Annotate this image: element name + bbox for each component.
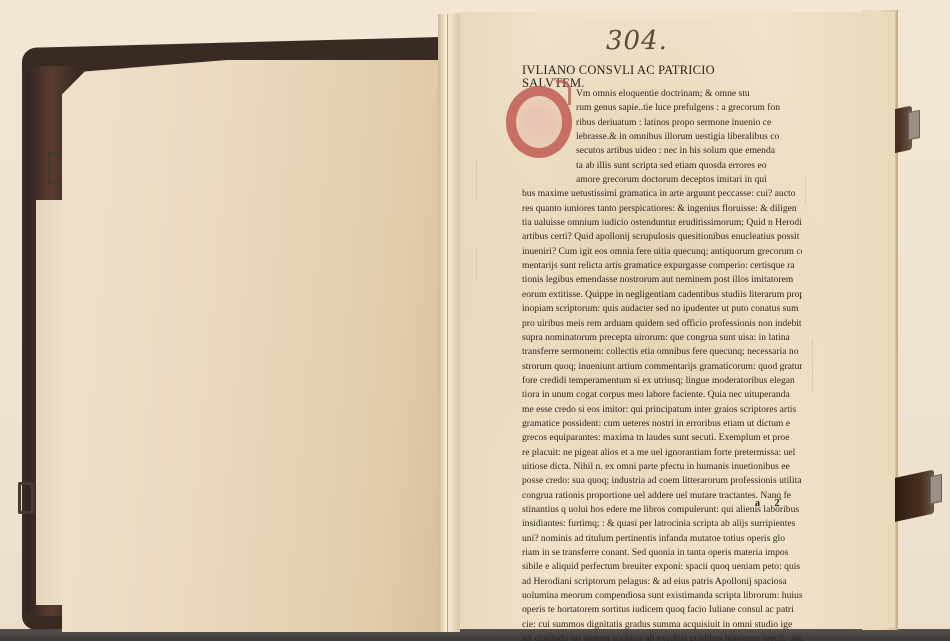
text-line: tiora in unum cogat corpus meo labore fa… bbox=[522, 388, 802, 402]
text-line: secutos artibus uideo : nec in his solum… bbox=[522, 144, 802, 158]
marginal-annotation-right bbox=[805, 175, 840, 205]
text-line: riam in se transferre conant. Sed quonia… bbox=[522, 546, 802, 560]
text-line: gramatice possident: cum ueteres nostri … bbox=[522, 417, 802, 431]
body-text-block: Vm omnis eloquentie doctrinam; & omne st… bbox=[522, 87, 802, 641]
right-clasp-bottom bbox=[892, 470, 934, 523]
text-line: lebrasse.& in omnibus illorum uestigia l… bbox=[522, 130, 802, 144]
text-line: ta ab illis sunt scripta sed etiam quosd… bbox=[522, 159, 802, 173]
left-clasp-catch-bottom bbox=[18, 482, 34, 514]
text-line: uitiose dicta. Nihil n. ex omni parte pf… bbox=[522, 460, 802, 474]
folio-number: 304. bbox=[606, 26, 668, 56]
marginal-annotation-right bbox=[812, 340, 847, 390]
text-line: pro uiribus meis rem arduam quidem sed o… bbox=[522, 317, 802, 331]
text-line: nij claritudo no tantum accipies ab exce… bbox=[522, 632, 802, 641]
text-line: posse credo: sua quoq; industria ad coem… bbox=[522, 474, 802, 488]
marginal-annotation-left bbox=[476, 160, 517, 200]
text-line: res quanto iuniores tanto perspicatiores… bbox=[522, 202, 802, 216]
text-line: supra nominatorum precepta uirorum: que … bbox=[522, 331, 802, 345]
text-line: tionis legibus emendasse nostrorum aut n… bbox=[522, 273, 802, 287]
text-line: cie: cui summos dignitatis gradus summa … bbox=[522, 618, 802, 632]
text-line: insidiantes: furtimq; : & quasi per latr… bbox=[522, 517, 802, 531]
text-line: grecos equiparantes: maxima tn laudes su… bbox=[522, 431, 802, 445]
gutter-fold-line bbox=[447, 14, 448, 632]
text-line: inopiam scriptorum: quis audacter sed no… bbox=[522, 302, 802, 316]
text-line: ad Herodiani scriptorum pelagus: & ad ei… bbox=[522, 575, 802, 589]
text-line: inueniri? Cum igit eos omnia fere uitia … bbox=[522, 245, 802, 259]
text-line: tia ualuisse omnium iudicio ostenduntur … bbox=[522, 216, 802, 230]
signature-mark: a 2 bbox=[755, 498, 786, 509]
marginal-annotation-left bbox=[476, 250, 517, 280]
text-line: bus maxime uetustissimi gramatica in art… bbox=[522, 187, 802, 201]
text-line: Vm omnis eloquentie doctrinam; & omne st… bbox=[522, 87, 802, 101]
text-line: strorum quoq; inueniunt artium commentar… bbox=[522, 360, 802, 374]
left-clasp-catch-top bbox=[48, 152, 64, 184]
text-line: transferre sermonem: collectis etia omni… bbox=[522, 345, 802, 359]
book-gutter bbox=[438, 14, 460, 632]
text-line: uni? nominis ad titulum pertinentis infa… bbox=[522, 532, 802, 546]
text-line: uolumina meorum compendiosa sunt existim… bbox=[522, 589, 802, 603]
text-line: sibile e aliquid perfectum breuiter expo… bbox=[522, 560, 802, 574]
text-line: re placuit: ne pigeat alios et a me uel … bbox=[522, 446, 802, 460]
text-line: operis te hortatorem sortitus iudicem qu… bbox=[522, 603, 802, 617]
text-line: amore grecorum doctorum deceptos imitari… bbox=[522, 173, 802, 187]
text-line: artibus certi? Quid apollonij scrupulosi… bbox=[522, 230, 802, 244]
text-line: ribus deriuatum : latinos propo sermone … bbox=[522, 116, 802, 130]
left-flyleaf-blank bbox=[62, 60, 440, 632]
text-line: rum genus sapie..tie luce prefulgens : a… bbox=[522, 101, 802, 115]
text-line: mentarijs sunt relicta artis gramatice e… bbox=[522, 259, 802, 273]
text-line: me esse credo si eos imitor: qui princip… bbox=[522, 403, 802, 417]
text-line: fore credidi temperamentum si ex utriusq… bbox=[522, 374, 802, 388]
text-line: eorum extitisse. Quippe in negligentiam … bbox=[522, 288, 802, 302]
